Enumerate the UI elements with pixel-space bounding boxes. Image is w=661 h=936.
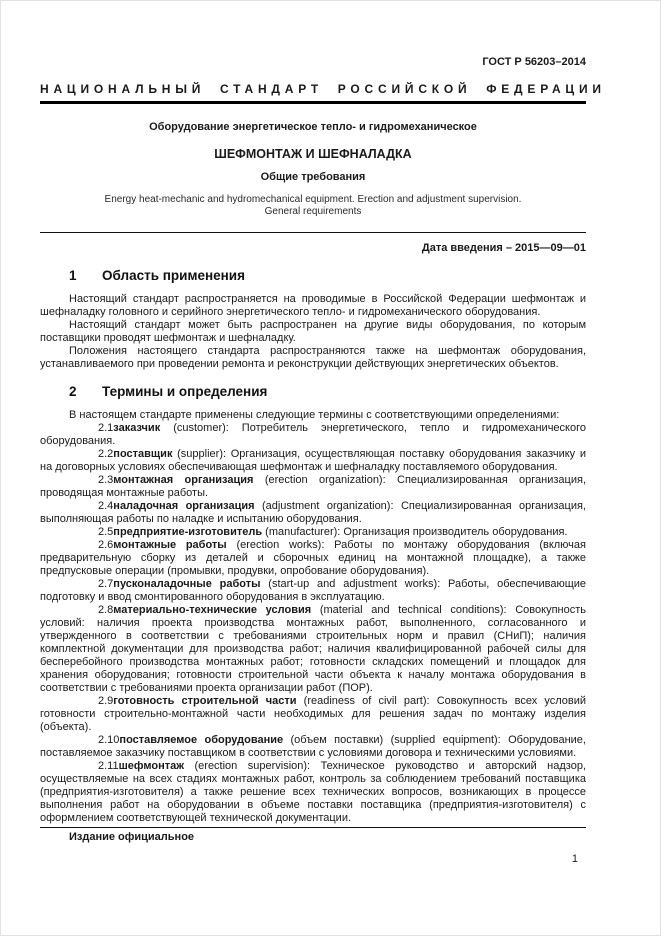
section-2-number: 2 (69, 384, 102, 400)
term-definition: (material and technical conditions): Сов… (40, 604, 586, 694)
term-name: монтажная организация (113, 474, 253, 486)
term-name: шефмонтаж (119, 760, 184, 772)
term-item: 2.11шефмонтаж (erection supervision): Те… (40, 760, 586, 825)
main-title: ШЕФМОНТАЖ И ШЕФНАЛАДКА (40, 147, 586, 161)
banner-rule (40, 101, 586, 104)
term-item: 2.2поставщик (supplier): Организация, ос… (40, 448, 586, 474)
section-2-heading: 2Термины и определения (40, 384, 586, 400)
term-number: 2.7 (69, 578, 113, 591)
document-page: ГОСТ Р 56203–2014 НАЦИОНАЛЬНЫЙ СТАНДАРТ … (0, 0, 661, 936)
term-name: поставляемое оборудование (119, 734, 283, 746)
term-item: 2.9готовность строительной части (readin… (40, 695, 586, 734)
term-item: 2.3монтажная организация (erection organ… (40, 474, 586, 500)
standard-banner: НАЦИОНАЛЬНЫЙ СТАНДАРТ РОССИЙСКОЙ ФЕДЕРАЦ… (40, 82, 586, 96)
term-number: 2.10 (69, 734, 119, 747)
header-divider (40, 232, 586, 233)
term-item: 2.6монтажные работы (erection works): Ра… (40, 539, 586, 578)
paragraph: Настоящий стандарт может быть распростра… (40, 319, 586, 345)
term-number: 2.4 (69, 500, 113, 513)
term-number: 2.11 (69, 760, 119, 773)
term-item: 2.7пусконаладочные работы (start-up and … (40, 578, 586, 604)
doc-code: ГОСТ Р 56203–2014 (40, 56, 586, 69)
page-content: ГОСТ Р 56203–2014 НАЦИОНАЛЬНЫЙ СТАНДАРТ … (1, 1, 660, 866)
term-number: 2.6 (69, 539, 113, 552)
term-item: 2.8материально-технические условия (mate… (40, 604, 586, 695)
term-definition: (manufacturer): Организация производител… (265, 526, 567, 538)
section-2-title: Термины и определения (102, 384, 267, 399)
term-item: 2.10поставляемое оборудование (объем пос… (40, 734, 586, 760)
term-number: 2.1 (69, 422, 113, 435)
effective-date: Дата введения – 2015—09—01 (40, 242, 586, 255)
section-1-number: 1 (69, 268, 102, 284)
term-name: предприятие-изготовитель (113, 526, 262, 538)
paragraph: Положения настоящего стандарта распростр… (40, 345, 586, 371)
term-name: монтажные работы (113, 539, 226, 551)
term-name: поставщик (113, 448, 172, 460)
section-1-heading: 1Область применения (40, 268, 586, 284)
term-number: 2.5 (69, 526, 113, 539)
term-name: заказчик (113, 422, 160, 434)
term-number: 2.8 (69, 604, 113, 617)
subject-title: Оборудование энергетическое тепло- и гид… (40, 121, 586, 134)
page-number: 1 (40, 853, 586, 866)
subtitle: Общие требования (40, 171, 586, 184)
term-name: готовность строительной части (113, 695, 296, 707)
term-name: наладочная организация (113, 500, 254, 512)
section-1-title: Область применения (102, 268, 245, 283)
section-2-intro: В настоящем стандарте применены следующи… (40, 409, 586, 422)
term-number: 2.9 (69, 695, 113, 708)
term-number: 2.2 (69, 448, 113, 461)
footer-divider (40, 827, 586, 828)
term-name: пусконаладочные работы (113, 578, 260, 590)
term-name: материально-технические условия (113, 604, 311, 616)
title-english-line2: General requirements (40, 206, 586, 218)
term-item: 2.4наладочная организация (adjustment or… (40, 500, 586, 526)
title-english-line1: Energy heat-mechanic and hydromechanical… (40, 194, 586, 206)
paragraph: Настоящий стандарт распространяется на п… (40, 293, 586, 319)
term-item: 2.1заказчик (customer): Потребитель энер… (40, 422, 586, 448)
term-item: 2.5предприятие-изготовитель (manufacture… (40, 526, 586, 539)
title-english: Energy heat-mechanic and hydromechanical… (40, 194, 586, 218)
term-number: 2.3 (69, 474, 113, 487)
official-edition-note: Издание официальное (40, 831, 586, 844)
